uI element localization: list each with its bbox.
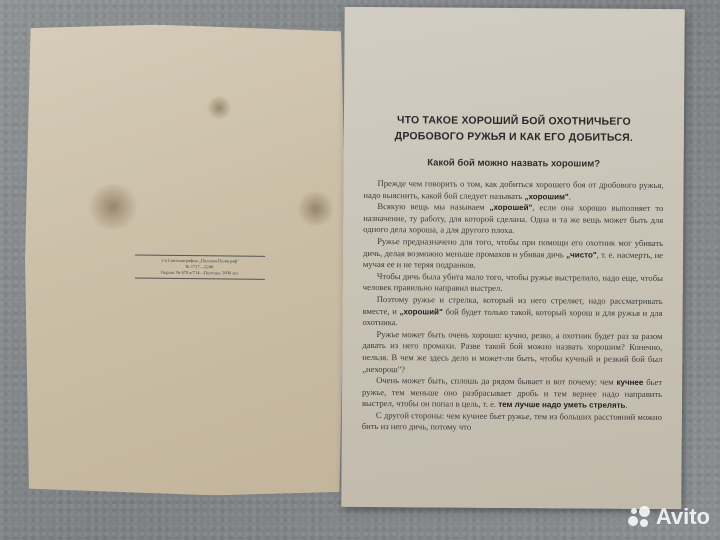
left-page: 1-я Совтипография „Полтава-Полиграф" № 1… xyxy=(23,23,348,496)
paragraph: Прежде чем говорить о том, как добиться … xyxy=(363,178,663,203)
chapter-title: ЧТО ТАКОЕ ХОРОШИЙ БОЙ ОХОТНИЧЬЕГО ДРОБОВ… xyxy=(364,112,664,146)
paragraph: С другой стороны: чем кучнее бьет ружье,… xyxy=(362,410,662,435)
paragraph: Очень может быть, сплошь да рядом бывает… xyxy=(362,375,662,412)
avito-watermark: Avito xyxy=(628,504,710,530)
imprint-line: Окрлит № 678 в/714—Полтава. 5000 экз. xyxy=(135,269,265,276)
paragraph: Поэтому ружье и стрелка, который из него… xyxy=(363,294,663,331)
watermark-text: Avito xyxy=(656,504,710,530)
paragraph: Ружье может быть очень хорошо: кучно, ре… xyxy=(362,329,662,377)
printer-imprint: 1-я Совтипография „Полтава-Полиграф" № 1… xyxy=(135,254,265,279)
section-subtitle: Какой бой можно назвать хорошим? xyxy=(364,157,664,170)
right-page: ЧТО ТАКОЕ ХОРОШИЙ БОЙ ОХОТНИЧЬЕГО ДРОБОВ… xyxy=(341,7,684,509)
stain xyxy=(206,95,231,120)
paragraph: Чтобы дичь была убита мало того, чтобы р… xyxy=(363,271,663,296)
avito-logo-icon xyxy=(628,506,652,528)
body-text: Прежде чем говорить о том, как добиться … xyxy=(362,178,664,435)
paragraph: Ружье предназначено для того, чтобы при … xyxy=(363,236,663,273)
stain xyxy=(85,184,140,230)
stain xyxy=(295,191,335,226)
paragraph: Всякую вещь мы называем „хорошей", если … xyxy=(363,201,663,238)
